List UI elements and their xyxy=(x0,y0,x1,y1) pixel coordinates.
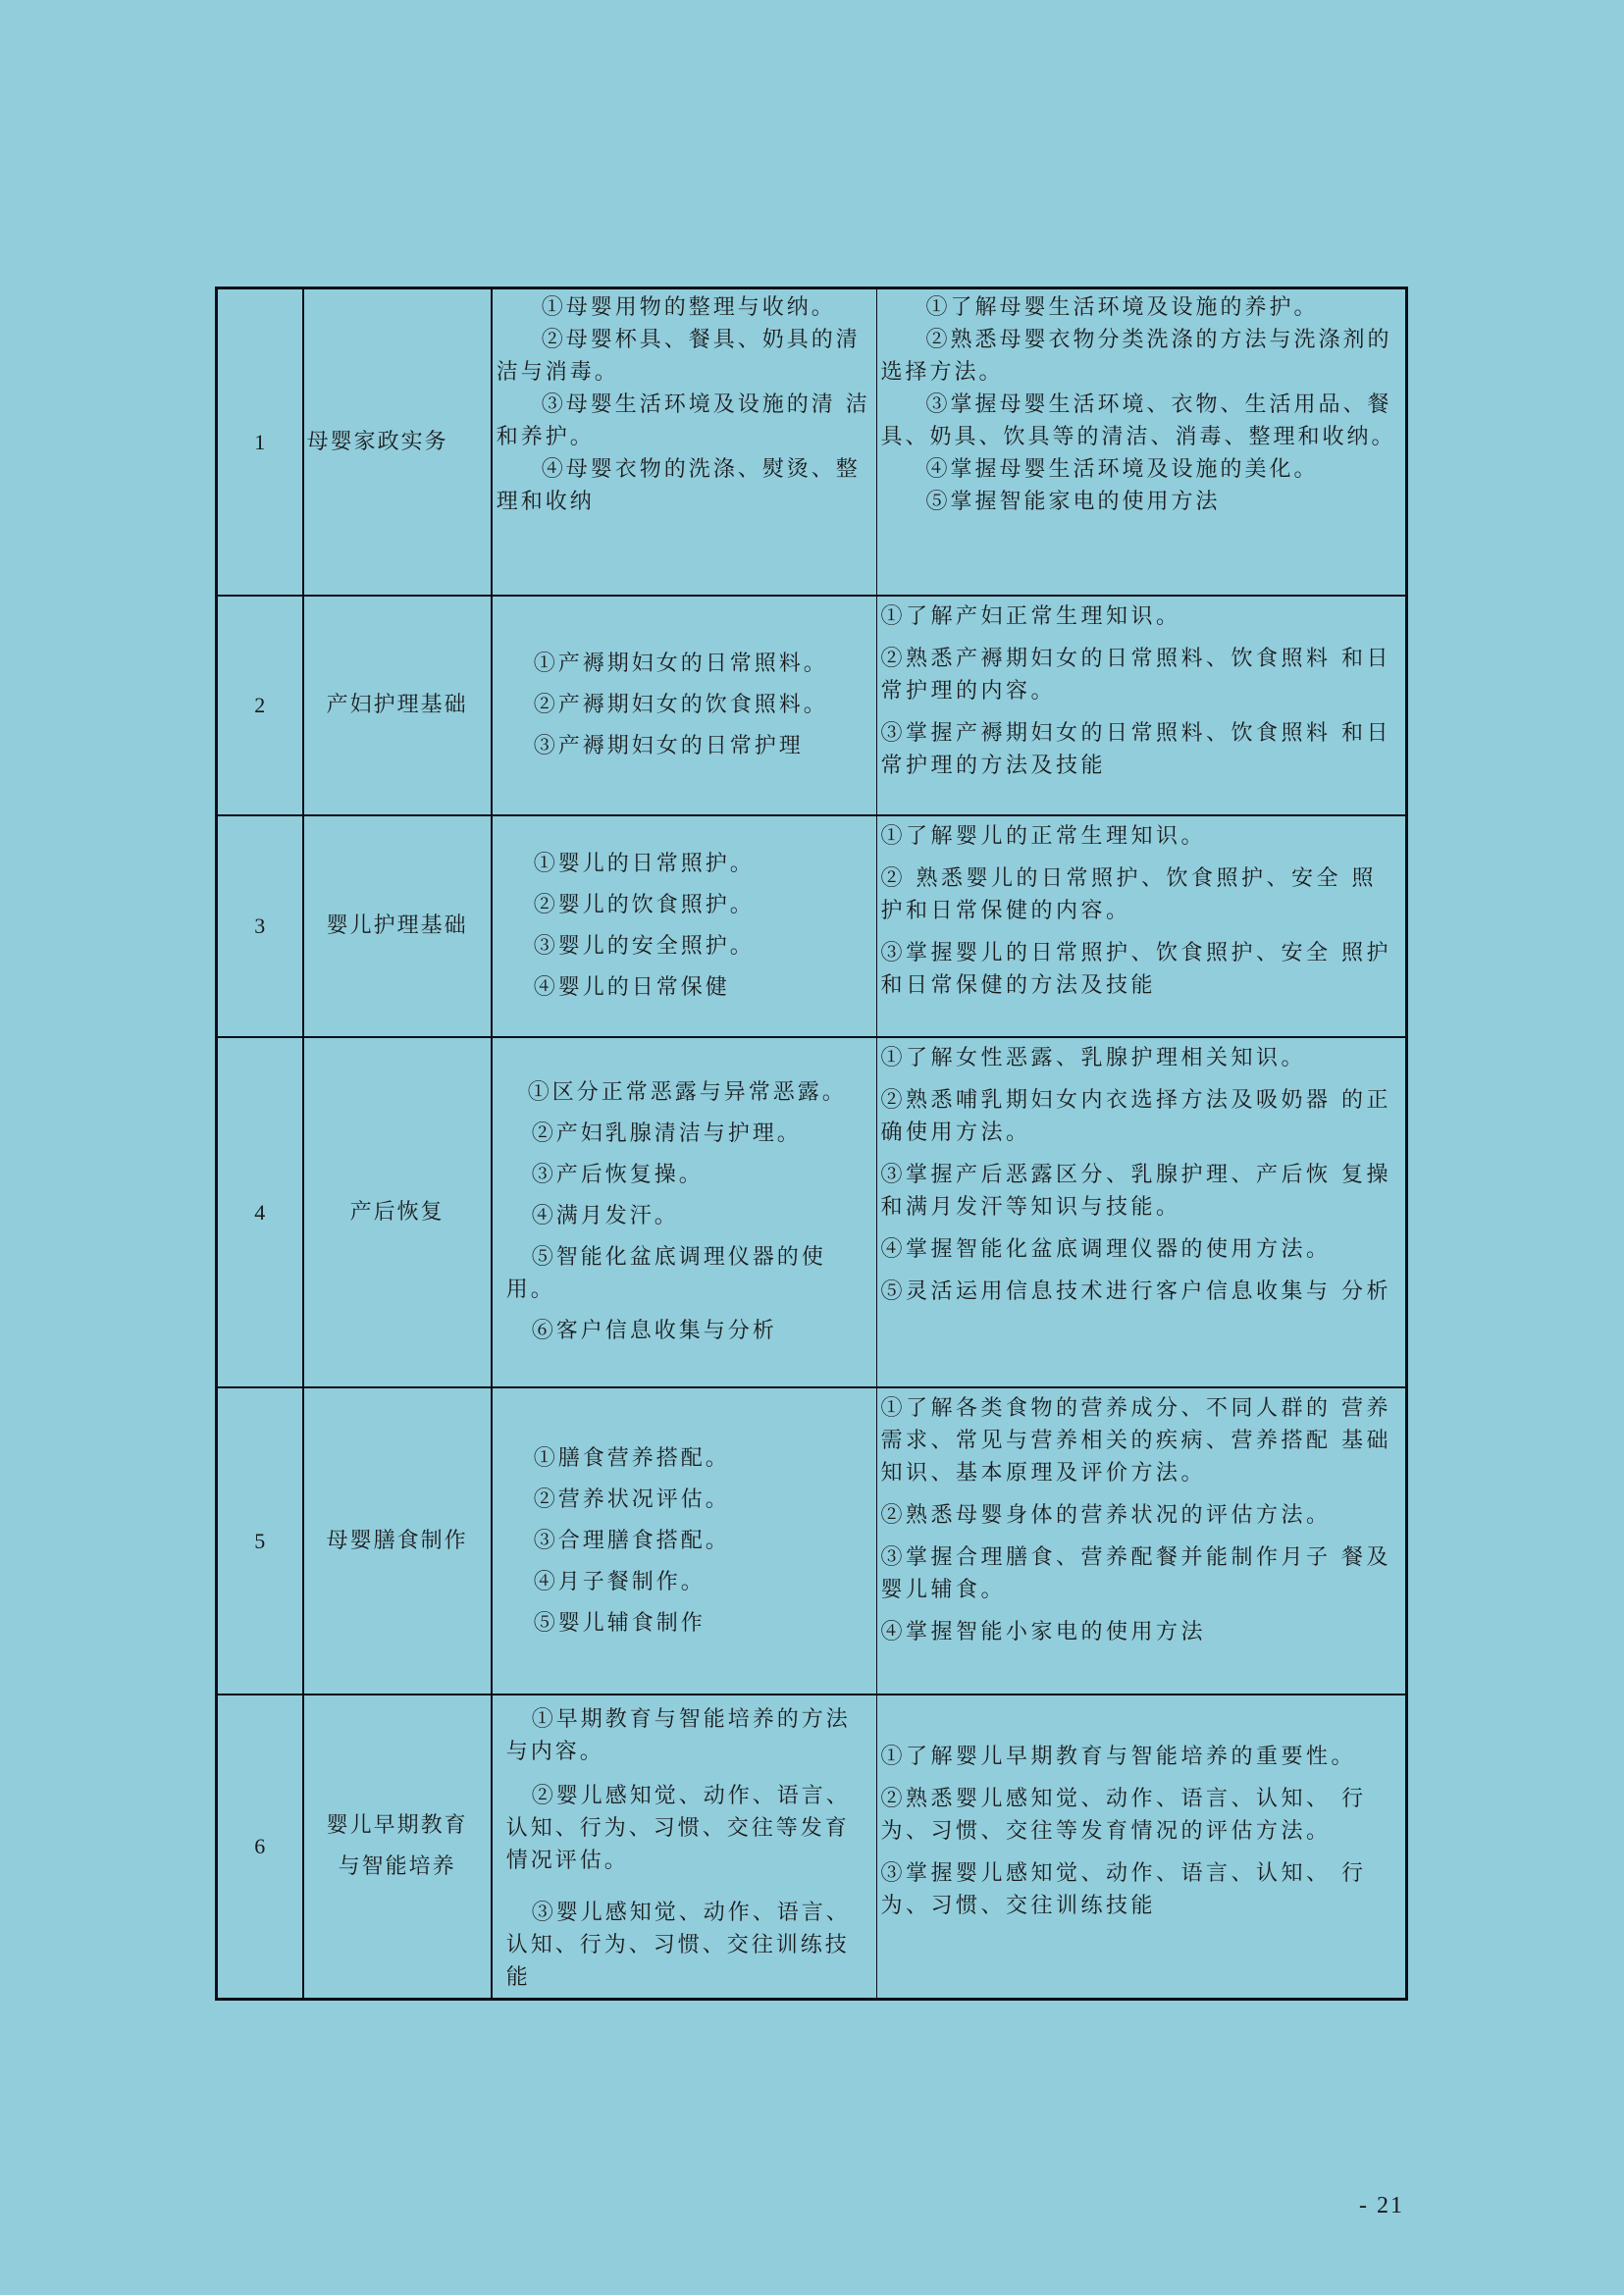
requirement-item: ③掌握产后恶露区分、乳腺护理、产后恢 复操和满月发汗等知识与技能。 xyxy=(881,1159,1401,1224)
content-cell: ①产褥期妇女的日常照料。 ②产褥期妇女的饮食照料。 ③产褥期妇女的日常护理 xyxy=(492,596,876,815)
requirement-item: ② 熟悉婴儿的日常照护、饮食照护、安全 照护和日常保健的内容。 xyxy=(881,862,1401,927)
module-name-line: 婴儿早期教育 xyxy=(304,1805,491,1847)
requirement-item: ③掌握婴儿的日常照护、饮食照护、安全 照护和日常保健的方法及技能 xyxy=(881,937,1401,1002)
requirements-cell: ①了解产妇正常生理知识。 ②熟悉产褥期妇女的日常照料、饮食照料 和日常护理的内容… xyxy=(876,596,1406,815)
content-item: ⑤婴儿辅食制作 xyxy=(497,1607,872,1640)
requirement-item: ②熟悉婴儿感知觉、动作、语言、认知、 行为、习惯、交往等发育情况的评估方法。 xyxy=(881,1783,1401,1848)
requirement-item: ⑤掌握智能家电的使用方法 xyxy=(881,486,1401,518)
requirement-item: ④掌握母婴生活环境及设施的美化。 xyxy=(881,453,1401,486)
content-item: ③婴儿的安全照护。 xyxy=(497,930,872,963)
curriculum-table: 1 母婴家政实务 ①母婴用物的整理与收纳。 ②母婴杯具、餐具、奶具的清洁与消毒。… xyxy=(215,287,1408,2001)
content-item: ③合理膳食搭配。 xyxy=(497,1525,872,1557)
requirement-item: ①了解婴儿早期教育与智能培养的重要性。 xyxy=(881,1741,1401,1773)
requirement-item: ①了解婴儿的正常生理知识。 xyxy=(881,820,1401,853)
content-item: ③母婴生活环境及设施的清 洁和养护。 xyxy=(497,389,872,453)
requirement-item: ①了解母婴生活环境及设施的养护。 xyxy=(881,291,1401,324)
table-row: 3 婴儿护理基础 ①婴儿的日常照护。 ②婴儿的饮食照护。 ③婴儿的安全照护。 ④… xyxy=(217,815,1407,1037)
requirements-cell: ①了解婴儿早期教育与智能培养的重要性。 ②熟悉婴儿感知觉、动作、语言、认知、 行… xyxy=(876,1695,1406,2000)
content-item: ③产后恢复操。 xyxy=(506,1159,872,1191)
content-item: ②营养状况评估。 xyxy=(497,1484,872,1516)
module-name: 母婴膳食制作 xyxy=(303,1387,492,1695)
row-number: 2 xyxy=(217,596,303,815)
content-item: ⑥客户信息收集与分析 xyxy=(506,1315,872,1347)
table-row: 2 产妇护理基础 ①产褥期妇女的日常照料。 ②产褥期妇女的饮食照料。 ③产褥期妇… xyxy=(217,596,1407,815)
table-row: 4 产后恢复 ①区分正常恶露与异常恶露。 ②产妇乳腺清洁与护理。 ③产后恢复操。… xyxy=(217,1037,1407,1387)
requirements-cell: ①了解母婴生活环境及设施的养护。 ②熟悉母婴衣物分类洗涤的方法与洗涤剂的选择方法… xyxy=(876,288,1406,596)
requirement-item: ②熟悉哺乳期妇女内衣选择方法及吸奶器 的正确使用方法。 xyxy=(881,1084,1401,1149)
content-item: ②产褥期妇女的饮食照料。 xyxy=(497,689,872,721)
requirement-item: ①了解各类食物的营养成分、不同人群的 营养需求、常见与营养相关的疾病、营养搭配 … xyxy=(881,1392,1401,1489)
module-name-line: 与智能培养 xyxy=(304,1847,491,1888)
table-row: 5 母婴膳食制作 ①膳食营养搭配。 ②营养状况评估。 ③合理膳食搭配。 ④月子餐… xyxy=(217,1387,1407,1695)
content-cell: ①母婴用物的整理与收纳。 ②母婴杯具、餐具、奶具的清洁与消毒。 ③母婴生活环境及… xyxy=(492,288,876,596)
content-item: ①婴儿的日常照护。 xyxy=(497,848,872,880)
content-item: ②婴儿的饮食照护。 xyxy=(497,889,872,921)
requirements-cell: ①了解各类食物的营养成分、不同人群的 营养需求、常见与营养相关的疾病、营养搭配 … xyxy=(876,1387,1406,1695)
requirement-item: ③掌握母婴生活环境、衣物、生活用品、餐具、奶具、饮具等的清洁、消毒、整理和收纳。 xyxy=(881,389,1401,453)
content-item: ①膳食营养搭配。 xyxy=(497,1442,872,1475)
requirements-cell: ①了解婴儿的正常生理知识。 ② 熟悉婴儿的日常照护、饮食照护、安全 照护和日常保… xyxy=(876,815,1406,1037)
module-name: 产妇护理基础 xyxy=(303,596,492,815)
content-item: ④满月发汗。 xyxy=(506,1200,872,1232)
content-item: ③产褥期妇女的日常护理 xyxy=(497,730,872,762)
content-cell: ①膳食营养搭配。 ②营养状况评估。 ③合理膳食搭配。 ④月子餐制作。 ⑤婴儿辅食… xyxy=(492,1387,876,1695)
requirement-item: ②熟悉母婴身体的营养状况的评估方法。 xyxy=(881,1499,1401,1532)
content-item: ④月子餐制作。 xyxy=(497,1566,872,1598)
module-name: 婴儿早期教育 与智能培养 xyxy=(303,1695,492,2000)
content-cell: ①区分正常恶露与异常恶露。 ②产妇乳腺清洁与护理。 ③产后恢复操。 ④满月发汗。… xyxy=(492,1037,876,1387)
row-number: 3 xyxy=(217,815,303,1037)
module-name: 母婴家政实务 xyxy=(303,288,492,596)
content-item: ②婴儿感知觉、动作、语言、认知、行为、习惯、交往等发育情况评估。 xyxy=(506,1780,872,1877)
requirement-item: ④掌握智能化盆底调理仪器的使用方法。 xyxy=(881,1233,1401,1266)
content-item: ⑤智能化盆底调理仪器的使用。 xyxy=(506,1241,872,1306)
requirement-item: ③掌握婴儿感知觉、动作、语言、认知、 行为、习惯、交往训练技能 xyxy=(881,1857,1401,1922)
row-number: 5 xyxy=(217,1387,303,1695)
row-number: 6 xyxy=(217,1695,303,2000)
row-number: 1 xyxy=(217,288,303,596)
content-item: ①区分正常恶露与异常恶露。 xyxy=(506,1076,872,1109)
requirement-item: ②熟悉产褥期妇女的日常照料、饮食照料 和日常护理的内容。 xyxy=(881,643,1401,707)
content-item: ②母婴杯具、餐具、奶具的清洁与消毒。 xyxy=(497,324,872,389)
content-item: ②产妇乳腺清洁与护理。 xyxy=(506,1118,872,1150)
requirement-item: ①了解产妇正常生理知识。 xyxy=(881,600,1401,633)
content-item: ①早期教育与智能培养的方法与内容。 xyxy=(506,1703,872,1768)
requirement-item: ①了解女性恶露、乳腺护理相关知识。 xyxy=(881,1042,1401,1074)
table-row: 6 婴儿早期教育 与智能培养 ①早期教育与智能培养的方法与内容。 ②婴儿感知觉、… xyxy=(217,1695,1407,2000)
content-item: ①母婴用物的整理与收纳。 xyxy=(497,291,872,324)
requirement-item: ②熟悉母婴衣物分类洗涤的方法与洗涤剂的选择方法。 xyxy=(881,324,1401,389)
requirement-item: ③掌握产褥期妇女的日常照料、饮食照料 和日常护理的方法及技能 xyxy=(881,717,1401,782)
content-item: ③婴儿感知觉、动作、语言、认知、行为、习惯、交往训练技能 xyxy=(506,1897,872,1994)
content-item: ④婴儿的日常保健 xyxy=(497,971,872,1004)
table-row: 1 母婴家政实务 ①母婴用物的整理与收纳。 ②母婴杯具、餐具、奶具的清洁与消毒。… xyxy=(217,288,1407,596)
requirement-item: ③掌握合理膳食、营养配餐并能制作月子 餐及婴儿辅食。 xyxy=(881,1541,1401,1606)
content-cell: ①早期教育与智能培养的方法与内容。 ②婴儿感知觉、动作、语言、认知、行为、习惯、… xyxy=(492,1695,876,2000)
module-name: 婴儿护理基础 xyxy=(303,815,492,1037)
page-number: - 21 xyxy=(1359,2193,1404,2219)
content-item: ④母婴衣物的洗涤、熨烫、整理和收纳 xyxy=(497,453,872,518)
requirement-item: ④掌握智能小家电的使用方法 xyxy=(881,1616,1401,1648)
requirement-item: ⑤灵活运用信息技术进行客户信息收集与 分析 xyxy=(881,1276,1401,1308)
content-cell: ①婴儿的日常照护。 ②婴儿的饮食照护。 ③婴儿的安全照护。 ④婴儿的日常保健 xyxy=(492,815,876,1037)
requirements-cell: ①了解女性恶露、乳腺护理相关知识。 ②熟悉哺乳期妇女内衣选择方法及吸奶器 的正确… xyxy=(876,1037,1406,1387)
module-name: 产后恢复 xyxy=(303,1037,492,1387)
content-item: ①产褥期妇女的日常照料。 xyxy=(497,648,872,680)
row-number: 4 xyxy=(217,1037,303,1387)
